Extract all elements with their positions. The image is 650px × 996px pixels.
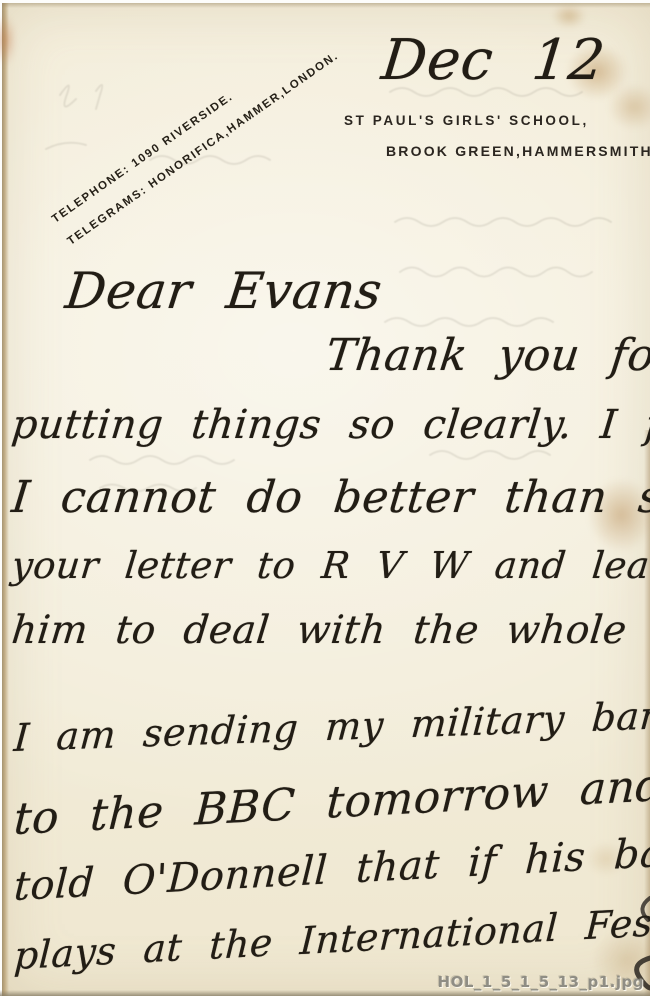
body-line: Thank you for — [323, 330, 650, 381]
school-name: ST PAUL'S GIRLS' SCHOOL, — [344, 113, 589, 128]
body-line: him to deal with the whole matter. — [10, 608, 650, 653]
paper-left-edge — [2, 3, 9, 996]
school-address: BROOK GREEN,HAMMERSMITH, W. 6. — [386, 143, 650, 159]
handwritten-date: Dec 12 — [379, 28, 609, 93]
body-line: your letter to R V W and leave it to — [10, 544, 650, 587]
salutation-line: Dear Evans — [62, 262, 385, 320]
filename-watermark: HOL_1_5_1_5_13_p1.jpg — [438, 973, 644, 991]
paper-top-edge — [2, 3, 650, 8]
body-line: putting things so clearly. I feel — [10, 402, 650, 448]
body-line: I cannot do better than send — [9, 472, 650, 523]
